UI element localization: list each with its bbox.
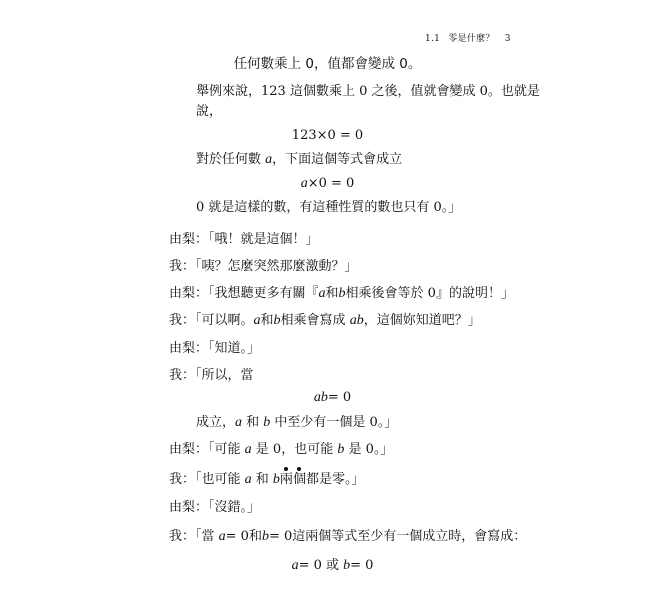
equation: a= 0 或 b= 0 bbox=[0, 558, 655, 574]
dialogue-text: ：「也可能 bbox=[182, 472, 245, 487]
text: = 0 bbox=[350, 558, 373, 573]
equation: ab= 0 bbox=[0, 390, 655, 406]
dialogue-line: 我：「咦？怎麼突然那麼激動？」 bbox=[169, 259, 358, 275]
dialogue-text: ，這個妳知道吧？」 bbox=[364, 313, 481, 328]
dialogue-line: 由梨：「可能 a 是 0，也可能 b 是 0。」 bbox=[169, 442, 393, 458]
speaker-name: 我 bbox=[169, 313, 182, 328]
speaker-name: 由梨 bbox=[169, 341, 195, 356]
speaker-name: 我 bbox=[169, 472, 182, 487]
math-var: ab bbox=[314, 390, 328, 405]
equation: 123×0 = 0 bbox=[0, 128, 655, 144]
dialogue-line: 我：「也可能 a 和 b兩個都是零。」 bbox=[169, 472, 364, 488]
page-number: 3 bbox=[505, 34, 511, 44]
math-var: ab bbox=[350, 313, 364, 328]
text: ，下面這個等式會成立 bbox=[272, 152, 402, 167]
math-var: a bbox=[254, 313, 261, 328]
dialogue-text: ：「沒錯。」 bbox=[195, 500, 260, 515]
text: = 0 bbox=[328, 390, 351, 405]
text: 中至少有一個是 0。」 bbox=[270, 415, 397, 430]
equation: a×0 = 0 bbox=[0, 176, 655, 192]
dialogue-text: 是 0，也可能 bbox=[252, 442, 338, 457]
math-var: a bbox=[301, 176, 308, 191]
speaker-name: 我 bbox=[169, 259, 182, 274]
text: ×0 = 0 bbox=[308, 176, 355, 191]
dialogue-text: ：「哦！就是這個！」 bbox=[195, 232, 319, 247]
dialogue-text: 和 bbox=[252, 472, 273, 487]
dialogue-text: 是 0。」 bbox=[344, 442, 393, 457]
dialogue-text: 都是零。」 bbox=[306, 472, 365, 487]
math-var: a bbox=[292, 558, 299, 573]
math-var: a bbox=[219, 529, 226, 544]
dialogue-text: ：「我想聽更多有關『 bbox=[195, 286, 319, 301]
dialogue-text: = 0和 bbox=[226, 529, 262, 544]
dialogue-line: 我：「所以，當 bbox=[169, 368, 254, 384]
emphasis-dot-char: 個 bbox=[293, 472, 306, 488]
math-var: a bbox=[235, 415, 242, 430]
math-var: a bbox=[245, 442, 252, 457]
text: 對於任何數 bbox=[196, 152, 265, 167]
dialogue-text: ：「可能 bbox=[195, 442, 245, 457]
section-number: 1.1 bbox=[425, 34, 440, 44]
dialogue-text: 和 bbox=[326, 286, 339, 301]
dialogue-text: = 0這兩個等式至少有一個成立時，會寫成： bbox=[269, 529, 526, 544]
math-var: a bbox=[319, 286, 326, 301]
emphasis-dot-char: 兩 bbox=[280, 472, 293, 488]
dialogue-text: 和 bbox=[261, 313, 274, 328]
dialogue-text: ：「咦？怎麼突然那麼激動？」 bbox=[182, 259, 358, 274]
dialogue-text: 相乘會寫成 bbox=[281, 313, 350, 328]
dialogue-line: 由梨：「哦！就是這個！」 bbox=[169, 232, 319, 248]
math-var: b bbox=[274, 313, 281, 328]
dialogue-text: ：「知道。」 bbox=[195, 341, 260, 356]
dialogue-text: ：「可以啊。 bbox=[182, 313, 254, 328]
dialogue-line: 由梨：「沒錯。」 bbox=[169, 500, 260, 516]
math-var: b bbox=[339, 286, 346, 301]
book-page: 1.1零是什麼？3 任何數乘上 0，值都會變成 0。 舉例來說，123 這個數乘… bbox=[0, 0, 655, 609]
paragraph-line: 舉例來說，123 這個數乘上 0 之後，值就會變成 0。也就是 bbox=[196, 84, 540, 100]
dialogue-line: 由梨：「我想聽更多有關『a和b相乘後會等於 0』的說明！」 bbox=[169, 286, 514, 302]
text: 和 bbox=[242, 415, 263, 430]
speaker-name: 由梨 bbox=[169, 232, 195, 247]
dialogue-text: 相乘後會等於 0』的說明！」 bbox=[346, 286, 514, 301]
running-header: 1.1零是什麼？3 bbox=[425, 31, 511, 44]
dialogue-text: ：「當 bbox=[182, 529, 219, 544]
text: 成立， bbox=[196, 415, 235, 430]
speaker-name: 我 bbox=[169, 529, 182, 544]
math-var: b bbox=[273, 472, 280, 487]
dialogue-line: 我：「當 a= 0和b= 0這兩個等式至少有一個成立時，會寫成： bbox=[169, 529, 526, 545]
speaker-name: 由梨 bbox=[169, 500, 195, 515]
paragraph-line: 0 就是這樣的數，有這種性質的數也只有 0。」 bbox=[196, 200, 461, 216]
section-title: 零是什麼？ bbox=[448, 34, 495, 44]
paragraph-line: 成立，a 和 b 中至少有一個是 0。」 bbox=[196, 415, 397, 431]
speaker-name: 我 bbox=[169, 368, 182, 383]
dialogue-text: ：「所以，當 bbox=[182, 368, 254, 383]
text: = 0 或 bbox=[299, 558, 344, 573]
math-var: b bbox=[262, 529, 269, 544]
paragraph-line: 對於任何數 a，下面這個等式會成立 bbox=[196, 152, 402, 168]
dialogue-line: 我：「可以啊。a和b相乘會寫成 ab，這個妳知道吧？」 bbox=[169, 313, 481, 329]
highlighted-statement: 任何數乘上 0，值都會變成 0。 bbox=[0, 56, 655, 72]
paragraph-line: 說， bbox=[196, 104, 222, 120]
dialogue-line: 由梨：「知道。」 bbox=[169, 341, 260, 357]
speaker-name: 由梨 bbox=[169, 442, 195, 457]
speaker-name: 由梨 bbox=[169, 286, 195, 301]
math-var: a bbox=[245, 472, 252, 487]
